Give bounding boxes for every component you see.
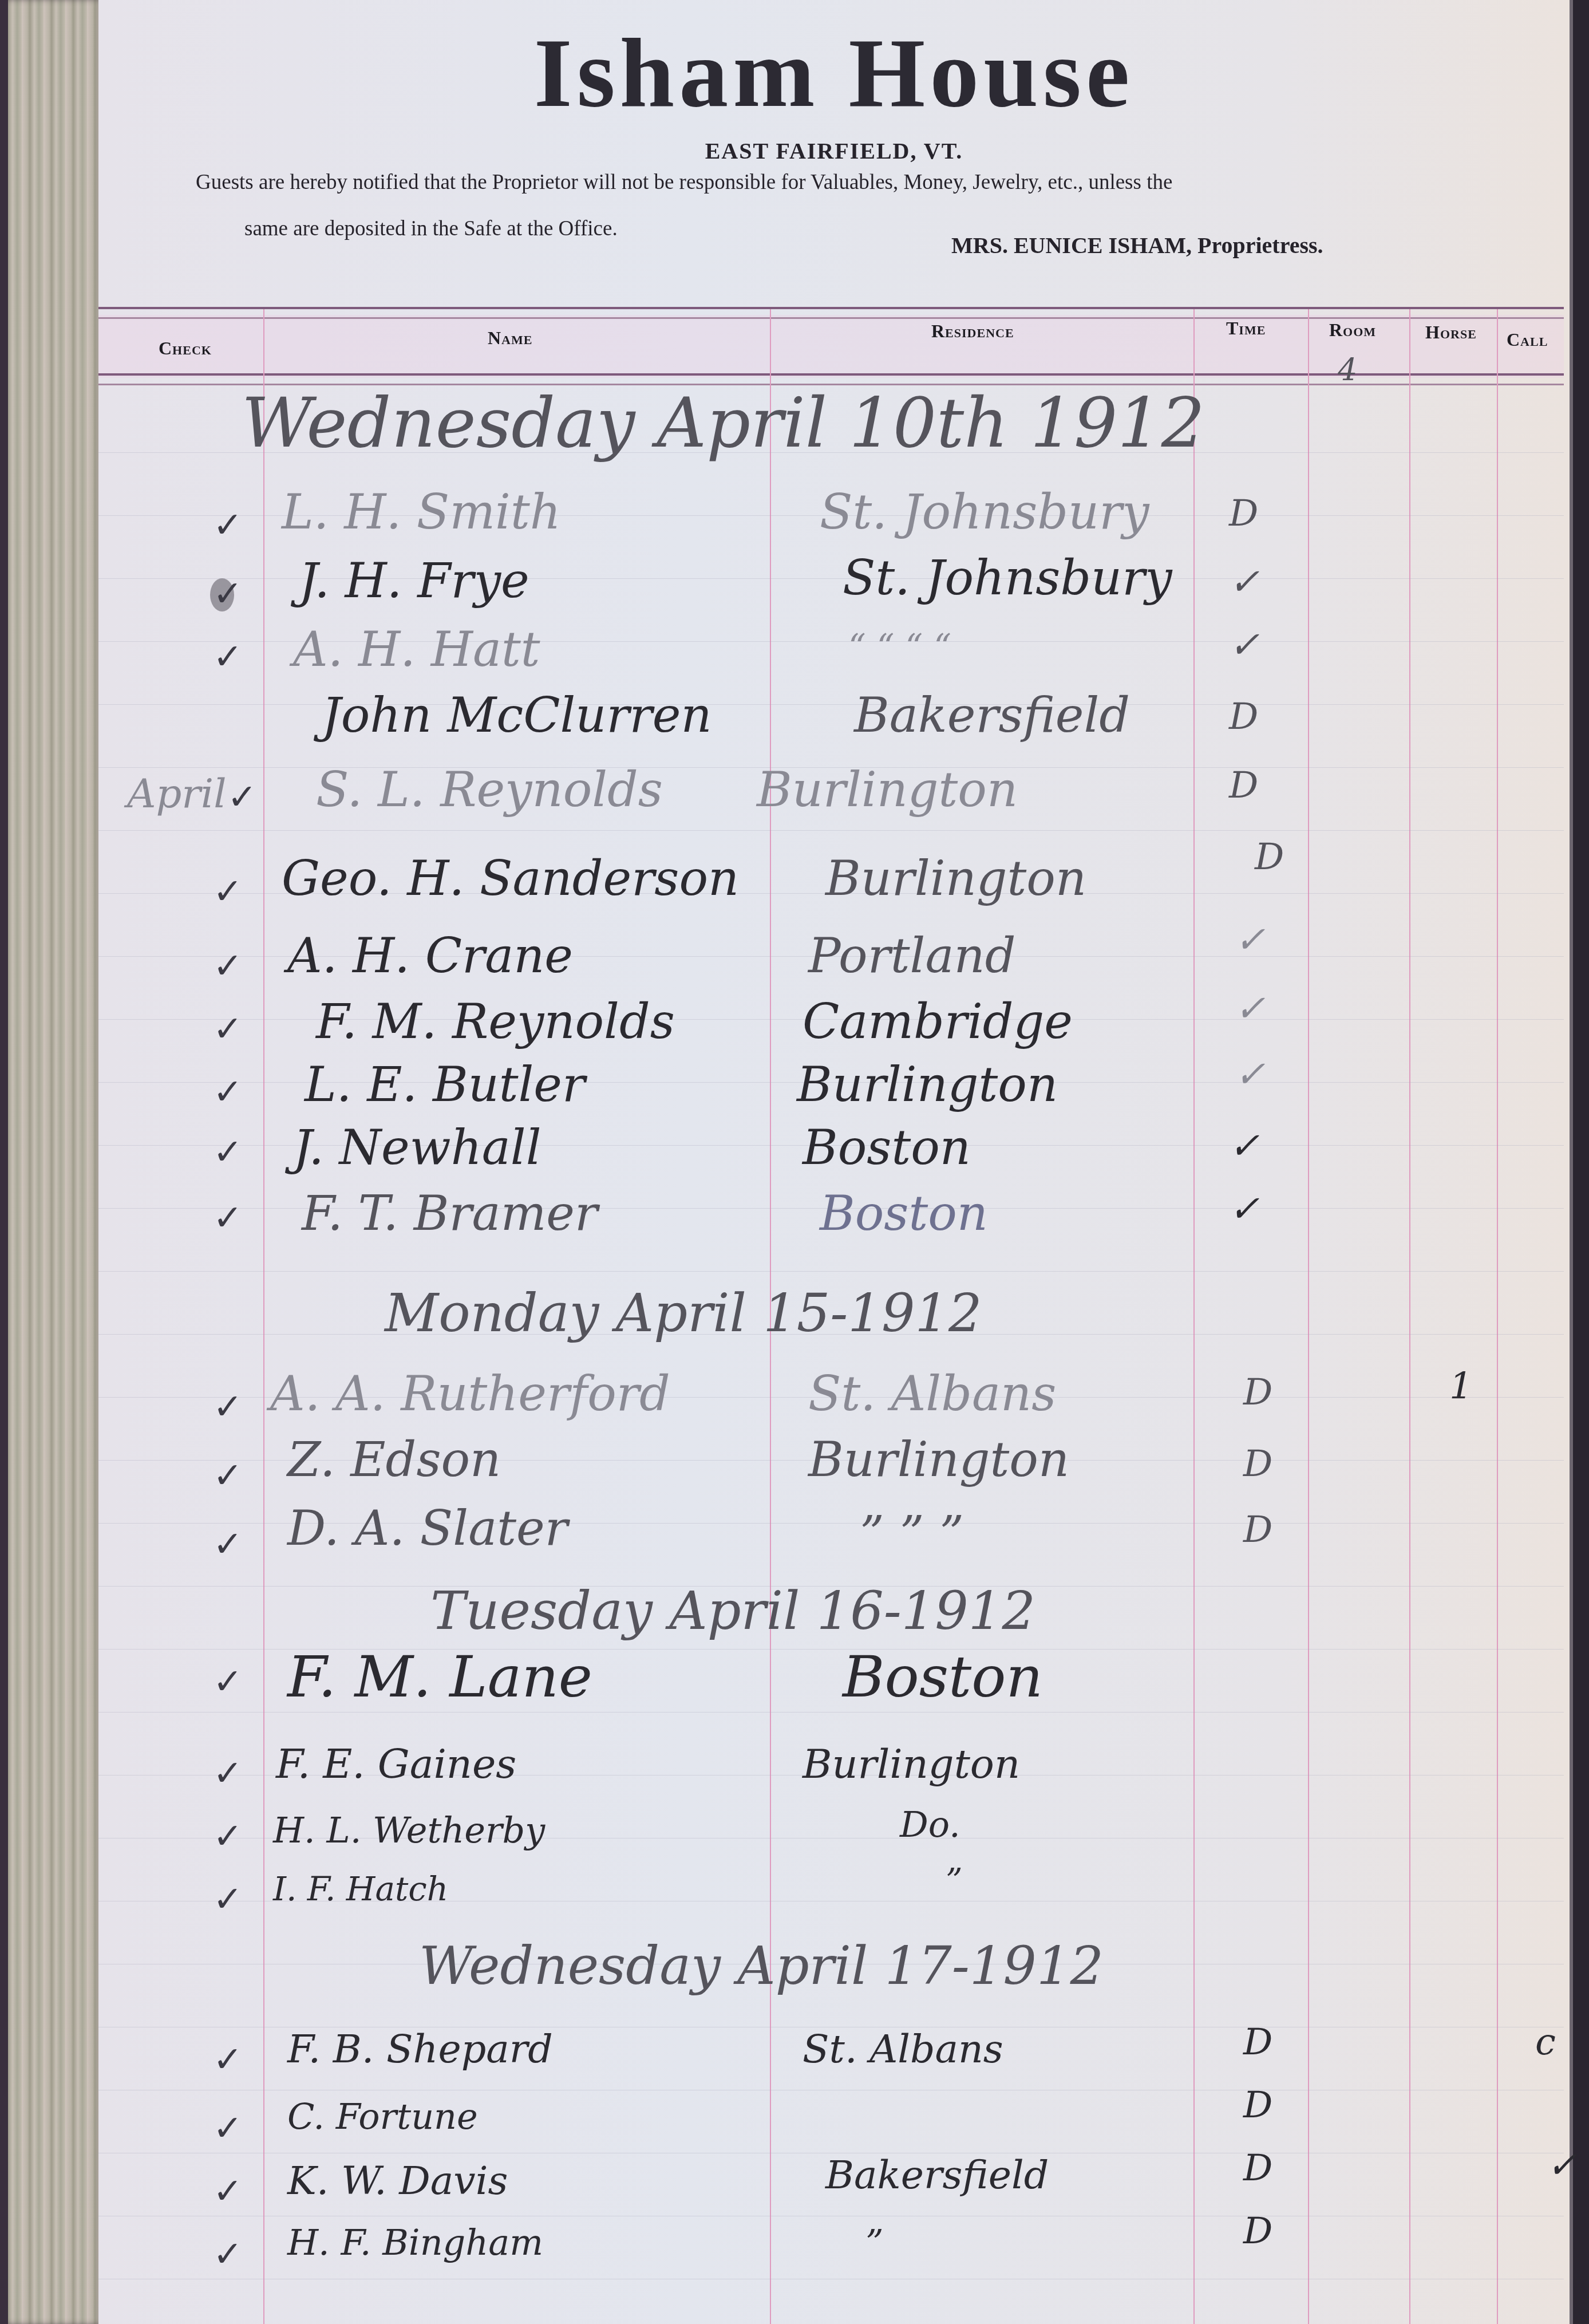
guest-name: L. H. Smith xyxy=(282,484,561,540)
guest-residence: Boston xyxy=(843,1643,1043,1710)
divider-check-name xyxy=(263,309,264,2324)
row-line xyxy=(98,2216,1564,2216)
time-mark: D xyxy=(1243,2210,1272,2252)
time-mark: D xyxy=(1229,764,1258,807)
check-mark-icon: ✓ xyxy=(213,1008,243,1049)
check-mark-icon: ✓ xyxy=(213,1454,243,1496)
row-line xyxy=(98,704,1564,705)
row-line xyxy=(98,2279,1564,2279)
check-mark-icon: ✓ xyxy=(213,1071,243,1112)
guest-residence: Burlington xyxy=(808,1431,1069,1487)
date-heading: Wednesday April 17-1912 xyxy=(419,1935,1104,1996)
check-mark-icon: ✓ xyxy=(213,1815,243,1857)
row-line xyxy=(98,2090,1564,2090)
time-mark: D xyxy=(1229,696,1258,738)
guest-residence: Boston xyxy=(803,1119,971,1175)
column-header-check: Check xyxy=(159,338,212,359)
guest-name: D. A. Slater xyxy=(287,1500,568,1556)
guest-name: S. L. Reynolds xyxy=(316,761,663,818)
guest-name: F. B. Shepard xyxy=(287,2027,553,2072)
guest-residence: “ “ “ “ xyxy=(848,627,951,667)
check-mark-icon: ✓ xyxy=(213,945,243,987)
divider-residence-time xyxy=(1193,309,1195,2324)
guest-name: F. M. Reynolds xyxy=(316,993,675,1049)
guest-name: H. F. Bingham xyxy=(287,2222,543,2263)
column-header-room: Room xyxy=(1329,319,1376,341)
guest-name: A. A. Rutherford xyxy=(270,1366,670,1422)
date-heading: Monday April 15-1912 xyxy=(385,1283,982,1344)
row-line xyxy=(98,830,1564,831)
guest-residence: St. Albans xyxy=(803,2027,1003,2072)
guest-name: I. F. Hatch xyxy=(273,1869,448,1908)
book-spine xyxy=(0,0,103,2324)
margin-note: April xyxy=(127,770,227,817)
check-mark-icon: ✓ xyxy=(213,1523,243,1565)
time-mark: D xyxy=(1229,492,1258,535)
time-mark: ✓ xyxy=(1235,988,1266,1030)
guest-name: J. Newhall xyxy=(293,1119,541,1175)
check-mark-icon: ✓ xyxy=(213,1660,243,1702)
time-mark: D xyxy=(1243,2021,1272,2063)
check-mark-icon: ✓ xyxy=(213,2170,243,2212)
check-mark-icon: ✓ xyxy=(213,2233,243,2275)
column-header-horse: Horse xyxy=(1425,322,1477,343)
guest-name: A. H. Crane xyxy=(287,928,573,984)
guest-residence: Boston xyxy=(820,1185,988,1241)
check-mark-icon: ✓ xyxy=(227,776,257,818)
guest-name: Z. Edson xyxy=(287,1431,501,1487)
check-mark-icon: ✓ xyxy=(213,504,243,546)
call-mark: ✓ xyxy=(1547,2144,1578,2187)
guest-residence: Bakersfield xyxy=(825,2153,1049,2198)
time-mark: D xyxy=(1255,836,1284,878)
guest-residence: ” xyxy=(865,2222,884,2263)
guest-name: F. T. Bramer xyxy=(302,1185,598,1241)
guest-name: F. M. Lane xyxy=(287,1643,592,1710)
date-heading: Wednesday April 10th 1912 xyxy=(242,384,1205,463)
header-top-rule xyxy=(98,307,1564,319)
divider-time-room xyxy=(1308,309,1309,2324)
hotel-location: EAST FAIRFIELD, VT. xyxy=(98,137,1570,164)
guest-name: C. Fortune xyxy=(287,2096,478,2137)
time-mark: ✓ xyxy=(1229,1125,1260,1167)
proprietress: MRS. EUNICE ISHAM, Proprietress. xyxy=(951,232,1323,259)
time-mark: D xyxy=(1243,1443,1272,1485)
guest-residence: St. Albans xyxy=(808,1366,1056,1422)
guest-name: John McClurren xyxy=(322,687,712,743)
time-mark: D xyxy=(1243,2147,1272,2189)
guest-residence: Burlington xyxy=(757,761,1018,818)
check-mark-icon: ✓ xyxy=(213,1386,243,1427)
check-mark-icon: ✓ xyxy=(213,870,243,912)
check-mark-icon: ✓ xyxy=(213,1752,243,1794)
guest-residence: Cambridge xyxy=(803,993,1073,1049)
row-line xyxy=(98,1271,1564,1272)
guest-residence: St. Johnsbury xyxy=(843,550,1172,606)
time-mark: ✓ xyxy=(1235,919,1266,961)
register-page: Isham House EAST FAIRFIELD, VT. Guests a… xyxy=(98,0,1573,2324)
horse-mark: 1 xyxy=(1449,1366,1473,1408)
check-mark-icon: ✓ xyxy=(213,2107,243,2149)
column-header-time: Time xyxy=(1226,318,1266,339)
check-mark-icon: ✓ xyxy=(213,2038,243,2080)
guest-residence: Do. xyxy=(900,1804,960,1845)
time-mark: D xyxy=(1243,1509,1272,1551)
hotel-title: Isham House xyxy=(98,17,1570,130)
column-header-residence: Residence xyxy=(931,321,1014,342)
time-mark: D xyxy=(1243,2084,1272,2126)
check-mark-icon: ✓ xyxy=(213,1131,243,1173)
check-mark-icon: ✓ xyxy=(213,573,243,614)
column-header-call: Call xyxy=(1507,329,1548,350)
guest-residence: Burlington xyxy=(797,1056,1058,1112)
divider-horse-call xyxy=(1497,309,1498,2324)
time-mark: ✓ xyxy=(1235,1054,1266,1096)
notice-line-2: same are deposited in the Safe at the Of… xyxy=(244,216,618,241)
time-mark: D xyxy=(1243,1371,1272,1414)
guest-name: Geo. H. Sanderson xyxy=(282,850,739,906)
guest-name: J. H. Frye xyxy=(299,553,529,609)
call-mark: c xyxy=(1535,2021,1556,2063)
divider-room-horse xyxy=(1409,309,1410,2324)
guest-residence: ” ” ” xyxy=(860,1506,964,1562)
time-mark: ✓ xyxy=(1229,561,1260,603)
guest-residence: Burlington xyxy=(803,1741,1020,1788)
guest-residence: St. Johnsbury xyxy=(820,484,1149,540)
guest-name: A. H. Hatt xyxy=(293,621,540,677)
guest-name: F. E. Gaines xyxy=(276,1741,516,1788)
check-mark-icon: ✓ xyxy=(213,636,243,677)
check-mark-icon: ✓ xyxy=(213,1197,243,1238)
guest-residence: Burlington xyxy=(825,850,1086,906)
room-annotation: 4 xyxy=(1338,352,1357,388)
check-mark-icon: ✓ xyxy=(213,1878,243,1920)
guest-residence: ” xyxy=(946,1861,963,1900)
row-line xyxy=(98,1712,1564,1713)
book-cover-edge xyxy=(0,0,8,2324)
date-heading: Tuesday April 16-1912 xyxy=(430,1580,1035,1642)
time-mark: ✓ xyxy=(1229,624,1260,666)
time-mark: ✓ xyxy=(1229,1188,1260,1230)
guest-name: H. L. Wetherby xyxy=(273,1809,545,1851)
guest-name: K. W. Davis xyxy=(287,2159,508,2204)
notice-line-1: Guests are hereby notified that the Prop… xyxy=(196,172,1478,193)
guest-residence: Bakersfield xyxy=(854,687,1130,743)
guest-residence: Portland xyxy=(808,928,1015,984)
column-header-name: Name xyxy=(488,328,532,349)
guest-name: L. E. Butler xyxy=(305,1056,585,1112)
